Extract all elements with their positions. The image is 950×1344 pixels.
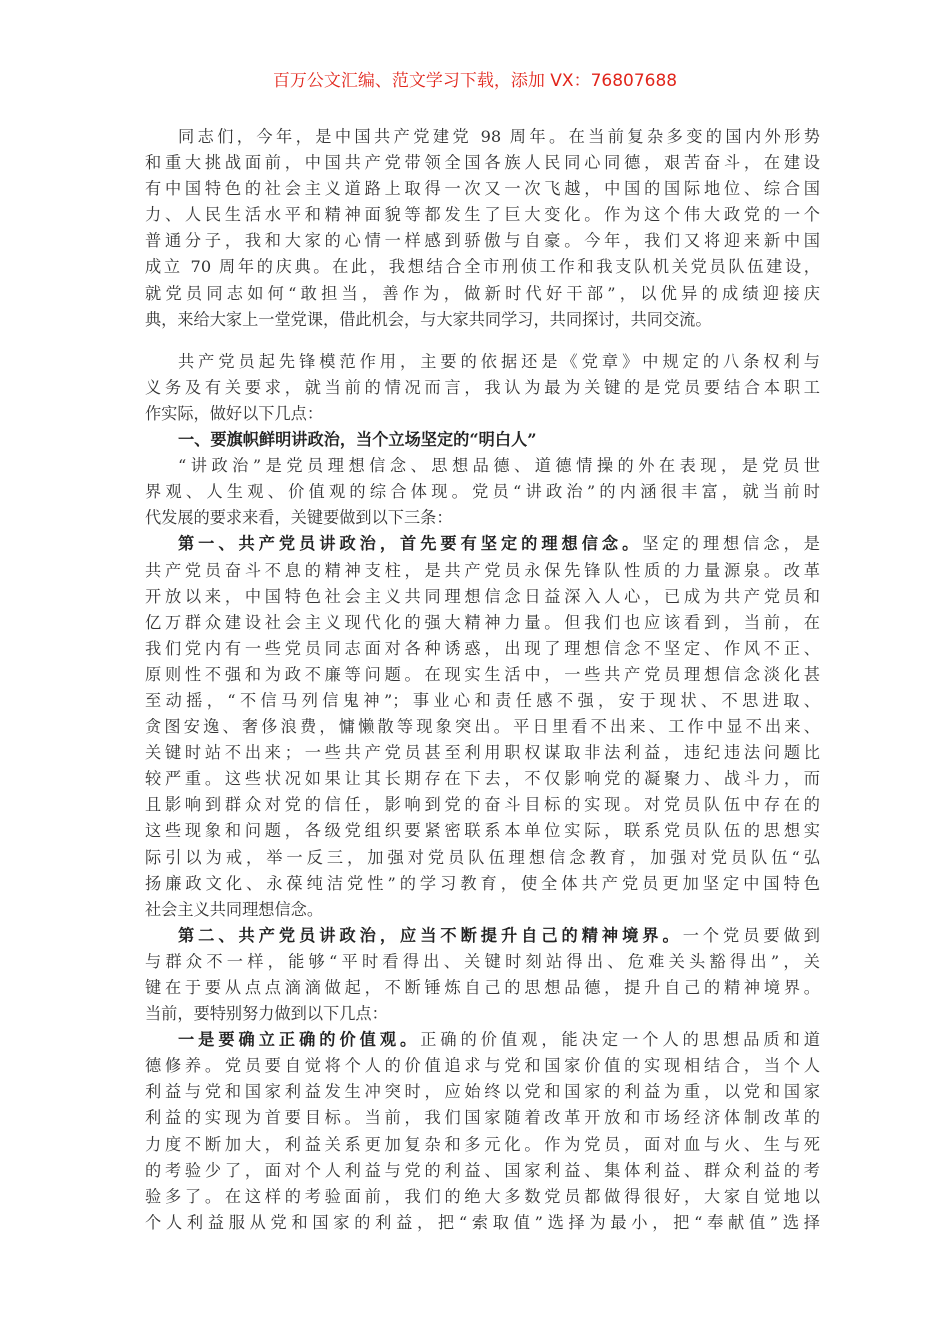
text-line: 力度不断加大，利益关系更加复杂和多元化。作为党员，面对血与火、生与死 [145,1132,820,1158]
text-line: 共产党员奋斗不息的精神支柱，是共产党员永保先锋队性质的力量源泉。改革 [145,558,820,584]
text-line: 关键时站不出来；一些共产党员甚至利用职权谋取非法利益，违纪违法问题比 [145,740,820,766]
text-line: 我们党内有一些党员同志面对各种诱惑，出现了理想信念不坚定、作风不正、 [145,636,820,662]
text-line: 第一、共产党员讲政治，首先要有坚定的理想信念。坚定的理想信念，是 [145,531,820,557]
text-line: 有中国特色的社会主义道路上取得一次又一次飞越，中国的国际地位、综合国 [145,176,820,202]
text-line: 义务及有关要求，就当前的情况而言，我认为最为关键的是党员要结合本职工 [145,375,820,401]
text-line: 个人利益服从党和国家的利益，把“索取值”选择为最小，把“奉献值”选择 [145,1210,820,1236]
text-line: 贪图安逸、奢侈浪费，慵懒散等现象突出。平日里看不出来、工作中显不出来、 [145,714,820,740]
text-run: 一个党员要做到 [683,926,820,945]
paragraph-intro: 同志们，今年，是中国共产党建党 98 周年。在当前复杂多变的国内外形势 和重大挑… [145,124,820,333]
text-line: 这些现象和问题，各级党组织要紧密联系本单位实际，联系党员队伍的思想实 [145,818,820,844]
text-line: 典，来给大家上一堂党课，借此机会，与大家共同学习，共同探讨，共同交流。 [145,307,820,333]
text-line: 利益的实现为首要目标。当前，我们国家随着改革开放和市场经济体制改革的 [145,1105,820,1131]
text-run: 正确的价值观，能决定一个人的思想品质和道 [420,1030,820,1049]
section-heading: 一、要旗帜鲜明讲政治，当个立场坚定的“明白人” [145,427,820,453]
text-line: 至动摇，“不信马列信鬼神”；事业心和责任感不强，安于现状、不思进取、 [145,688,820,714]
paragraph-gap [145,333,820,349]
text-line: 界观、人生观、价值观的综合体现。党员“讲政治”的内涵很丰富，就当前时 [145,479,820,505]
text-line: 当前，要特别努力做到以下几点： [145,1001,820,1027]
text-line: 扬廉政文化、永葆纯洁党性”的学习教育，使全体共产党员更加坚定中国特色 [145,871,820,897]
bold-lead: 一是要确立正确的价值观。 [178,1030,420,1049]
text-line: 利益与党和国家利益发生冲突时，应始终以党和国家的利益为重，以党和国家 [145,1079,820,1105]
text-line: 就党员同志如何“敢担当，善作为，做新时代好干部”，以优异的成绩迎接庆 [145,281,820,307]
text-line: 力、人民生活水平和精神面貌等都发生了巨大变化。作为这个伟大政党的一个 [145,202,820,228]
text-line: 亿万群众建设社会主义现代化的强大精神力量。但我们也应该看到，当前，在 [145,610,820,636]
text-line: 验多了。在这样的考验面前，我们的绝大多数党员都做得很好，大家自觉地以 [145,1184,820,1210]
text-line: 与群众不一样，能够“平时看得出、关键时刻站得出、危难关头豁得出”，关 [145,949,820,975]
text-line: 键在于要从点点滴滴做起，不断锤炼自己的思想品德，提升自己的精神境界。 [145,975,820,1001]
paragraph-politics: “讲政治”是党员理想信念、思想品德、道德情操的外在表现，是党员世 界观、人生观、… [145,453,820,531]
paragraph-first-point: 第一、共产党员讲政治，首先要有坚定的理想信念。坚定的理想信念，是 共产党员奋斗不… [145,531,820,922]
text-line: “讲政治”是党员理想信念、思想品德、道德情操的外在表现，是党员世 [145,453,820,479]
text-line: 普通分子，我和大家的心情一样感到骄傲与自豪。今年，我们又将迎来新中国 [145,228,820,254]
text-line: 且影响到群众对党的信任，影响到党的奋斗目标的实现。对党员队伍中存在的 [145,792,820,818]
text-line: 成立 70 周年的庆典。在此，我想结合全市刑侦工作和我支队机关党员队伍建设， [145,254,820,280]
text-line: 原则性不强和为政不廉等问题。在现实生活中，一些共产党员理想信念淡化甚 [145,662,820,688]
text-line: 德修养。党员要自觉将个人的价值追求与党和国家价值的实现相结合，当个人 [145,1053,820,1079]
text-line: 社会主义共同理想信念。 [145,897,820,923]
text-line: 较严重。这些状况如果让其长期存在下去，不仅影响党的凝聚力、战斗力，而 [145,766,820,792]
watermark-header: 百万公文汇编、范文学习下载，添加 VX：76807688 [0,68,950,94]
text-line: 开放以来，中国特色社会主义共同理想信念日益深入人心，已成为共产党员和 [145,584,820,610]
text-line: 际引以为戒，举一反三，加强对党员队伍理想信念教育，加强对党员队伍“弘 [145,845,820,871]
text-run: 坚定的理想信念，是 [642,534,820,553]
text-line: 作实际，做好以下几点： [145,401,820,427]
text-line: 和重大挑战面前，中国共产党带领全国各族人民同心同德，艰苦奋斗，在建设 [145,150,820,176]
text-line: 同志们，今年，是中国共产党建党 98 周年。在当前复杂多变的国内外形势 [145,124,820,150]
paragraph-values: 一是要确立正确的价值观。正确的价值观，能决定一个人的思想品质和道 德修养。党员要… [145,1027,820,1236]
text-line: 共产党员起先锋模范作用，主要的依据还是《党章》中规定的八条权利与 [145,349,820,375]
text-line: 的考验少了，面对个人利益与党的利益、国家利益、集体利益、群众利益的考 [145,1158,820,1184]
bold-lead: 第一、共产党员讲政治，首先要有坚定的理想信念。 [178,534,642,553]
text-line: 第二、共产党员讲政治，应当不断提升自己的精神境界。一个党员要做到 [145,923,820,949]
document-body: 同志们，今年，是中国共产党建党 98 周年。在当前复杂多变的国内外形势 和重大挑… [145,124,820,1236]
bold-lead: 第二、共产党员讲政治，应当不断提升自己的精神境界。 [178,926,683,945]
text-line: 代发展的要求来看，关键要做到以下三条： [145,505,820,531]
heading-line: 一、要旗帜鲜明讲政治，当个立场坚定的“明白人” [145,427,820,453]
paragraph-second-point: 第二、共产党员讲政治，应当不断提升自己的精神境界。一个党员要做到 与群众不一样，… [145,923,820,1027]
document-page: 百万公文汇编、范文学习下载，添加 VX：76807688 同志们，今年，是中国共… [0,0,950,1344]
paragraph-basis: 共产党员起先锋模范作用，主要的依据还是《党章》中规定的八条权利与 义务及有关要求… [145,349,820,427]
text-line: 一是要确立正确的价值观。正确的价值观，能决定一个人的思想品质和道 [145,1027,820,1053]
